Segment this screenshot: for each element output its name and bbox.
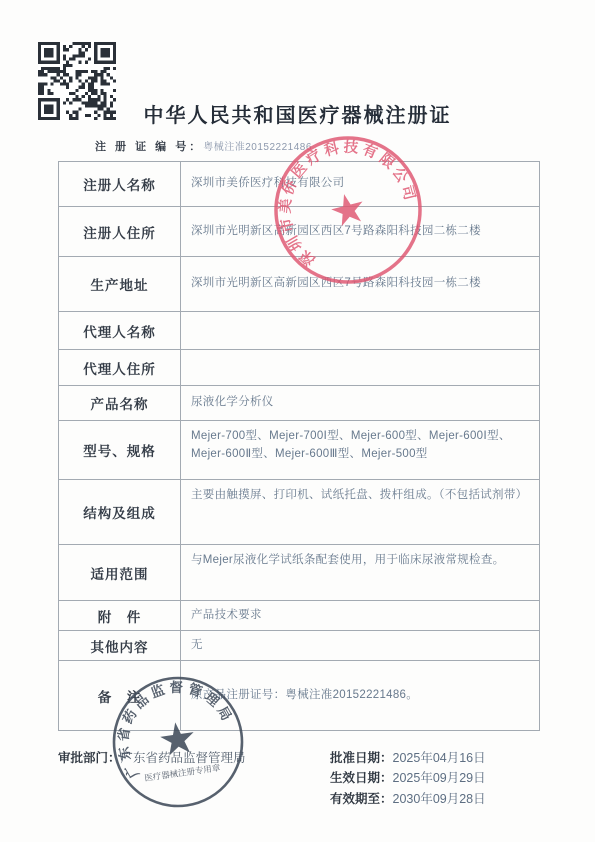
row-value: Mejer-700型、Mejer-700Ⅰ型、Mejer-600型、Mejer-… (181, 421, 539, 479)
approval-date: 批准日期：2025年04月16日 (330, 748, 486, 768)
approval-department-value: 广东省药品监督管理局 (121, 751, 246, 765)
row-label: 型号、规格 (59, 421, 181, 479)
row-label: 注册人住所 (59, 207, 181, 256)
table-row: 代理人名称 (59, 312, 539, 350)
certificate-page: 中华人民共和国医疗器械注册证 注 册 证 编 号：粤械注准20152221486… (0, 0, 595, 842)
row-label: 代理人名称 (59, 312, 181, 349)
table-row: 结构及组成 主要由触摸屏、打印机、试纸托盘、拨杆组成。（不包括试剂带） (59, 480, 539, 545)
row-label: 其他内容 (59, 631, 181, 660)
table-row: 生产地址 深圳市光明新区高新园区西区7号路森阳科技园一栋二楼 (59, 257, 539, 312)
effective-date-value: 2025年09月29日 (393, 771, 486, 785)
row-label: 注册人名称 (59, 162, 181, 206)
effective-date: 生效日期：2025年09月29日 (330, 768, 486, 788)
table-row: 适用范围 与Mejer尿液化学试纸条配套使用，用于临床尿液常规检查。 (59, 545, 539, 601)
row-label: 产品名称 (59, 386, 181, 420)
row-value: 主要由触摸屏、打印机、试纸托盘、拨杆组成。（不包括试剂带） (181, 480, 539, 544)
row-label: 适用范围 (59, 545, 181, 600)
effective-date-label: 生效日期： (330, 771, 393, 785)
table-row: 型号、规格 Mejer-700型、Mejer-700Ⅰ型、Mejer-600型、… (59, 421, 539, 480)
row-value: 与Mejer尿液化学试纸条配套使用，用于临床尿液常规检查。 (181, 545, 539, 600)
row-value: 尿液化学分析仪 (181, 386, 539, 420)
row-value: 无 (181, 631, 539, 660)
row-value: 深圳市光明新区高新园区西区7号路森阳科技园一栋二楼 (181, 257, 539, 311)
approval-department: 审批部门：广东省药品监督管理局 (58, 748, 246, 766)
table-row: 其他内容 无 (59, 631, 539, 661)
table-row: 注册人名称 深圳市美侨医疗科技有限公司 (59, 162, 539, 207)
row-value: 深圳市光明新区高新园区西区7号路森阳科技园二栋二楼 (181, 207, 539, 256)
row-label: 备 注 (59, 661, 181, 730)
row-value: 原产品注册证号：粤械注准20152221486。 (181, 661, 539, 730)
row-value: 产品技术要求 (181, 601, 539, 630)
date-block: 批准日期：2025年04月16日 生效日期：2025年09月29日 有效期至：2… (330, 748, 486, 809)
row-value (181, 312, 539, 349)
page-title: 中华人民共和国医疗器械注册证 (0, 99, 595, 128)
expiry-date-label: 有效期至： (330, 792, 393, 806)
row-value (181, 350, 539, 385)
table-row: 注册人住所 深圳市光明新区高新园区西区7号路森阳科技园二栋二楼 (59, 207, 539, 257)
approval-department-label: 审批部门： (58, 751, 121, 765)
certificate-number: 注 册 证 编 号：粤械注准20152221486 (95, 138, 312, 154)
certificate-table: 注册人名称 深圳市美侨医疗科技有限公司 注册人住所 深圳市光明新区高新园区西区7… (58, 161, 540, 731)
row-label: 代理人住所 (59, 350, 181, 385)
row-value: 深圳市美侨医疗科技有限公司 (181, 162, 539, 206)
table-row: 产品名称 尿液化学分析仪 (59, 386, 539, 421)
expiry-date: 有效期至：2030年09月28日 (330, 789, 486, 809)
row-label: 附 件 (59, 601, 181, 630)
row-label: 生产地址 (59, 257, 181, 311)
row-label: 结构及组成 (59, 480, 181, 544)
approval-date-label: 批准日期： (330, 751, 393, 765)
certificate-number-label: 注 册 证 编 号： (95, 141, 203, 153)
table-row: 附 件 产品技术要求 (59, 601, 539, 631)
approval-date-value: 2025年04月16日 (393, 751, 486, 765)
table-row: 备 注 原产品注册证号：粤械注准20152221486。 (59, 661, 539, 731)
expiry-date-value: 2030年09月28日 (393, 792, 486, 806)
table-row: 代理人住所 (59, 350, 539, 386)
certificate-number-value: 粤械注准20152221486 (203, 142, 312, 153)
